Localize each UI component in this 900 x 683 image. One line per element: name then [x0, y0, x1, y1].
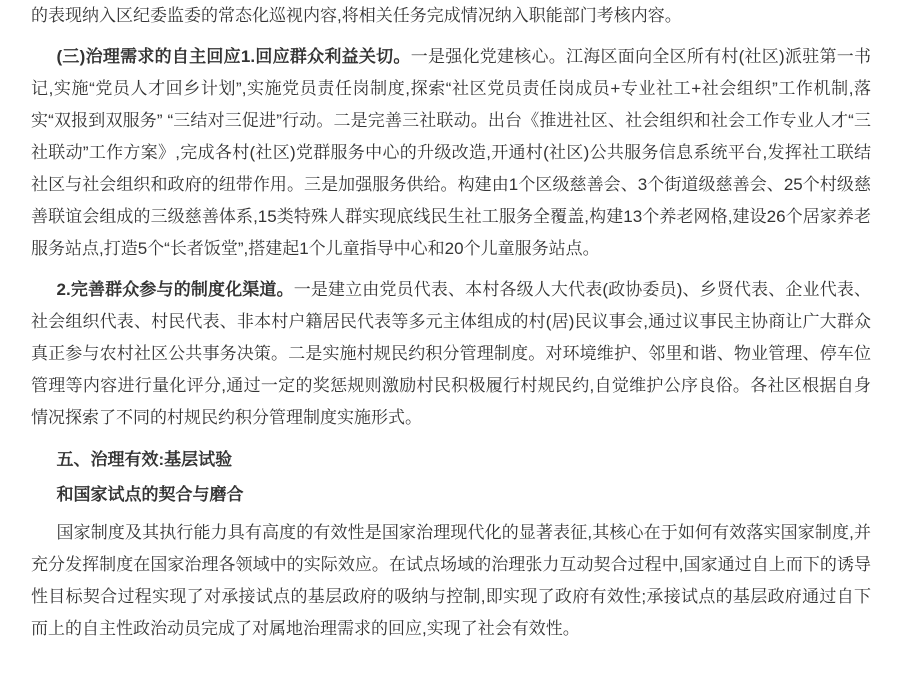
bold-text-run: (三)治理需求的自主回应1.回应群众利益关切。 [57, 47, 411, 66]
text-run: 一是建立由党员代表、本村各级人大代表(政协委员)、乡贤代表、企业代表、社会组织代… [31, 280, 871, 427]
text-run: 的表现纳入区纪委监委的常态化巡视内容,将相关任务完成情况纳入职能部门考核内容。 [31, 6, 682, 25]
paragraph: 的表现纳入区纪委监委的常态化巡视内容,将相关任务完成情况纳入职能部门考核内容。 [31, 0, 871, 32]
paragraph: 2.完善群众参与的制度化渠道。一是建立由党员代表、本村各级人大代表(政协委员)、… [31, 274, 871, 434]
document-page: 的表现纳入区纪委监委的常态化巡视内容,将相关任务完成情况纳入职能部门考核内容。(… [0, 0, 900, 683]
section-heading: 五、治理有效:基层试验 [31, 444, 871, 476]
text-run: 国家制度及其执行能力具有高度的有效性是国家治理现代化的显著表征,其核心在于如何有… [31, 523, 871, 638]
text-run: 一是强化党建核心。江海区面向全区所有村(社区)派驻第一书记,实施“党员人才回乡计… [31, 47, 871, 258]
paragraph: (三)治理需求的自主回应1.回应群众利益关切。一是强化党建核心。江海区面向全区所… [31, 41, 871, 265]
paragraph: 国家制度及其执行能力具有高度的有效性是国家治理现代化的显著表征,其核心在于如何有… [31, 517, 871, 645]
bold-text-run: 五、治理有效:基层试验 [57, 450, 233, 469]
bold-text-run: 和国家试点的契合与磨合 [57, 485, 244, 504]
section-heading: 和国家试点的契合与磨合 [31, 479, 871, 511]
article-body: 的表现纳入区纪委监委的常态化巡视内容,将相关任务完成情况纳入职能部门考核内容。(… [0, 0, 900, 645]
bold-text-run: 2.完善群众参与的制度化渠道。 [57, 280, 294, 299]
